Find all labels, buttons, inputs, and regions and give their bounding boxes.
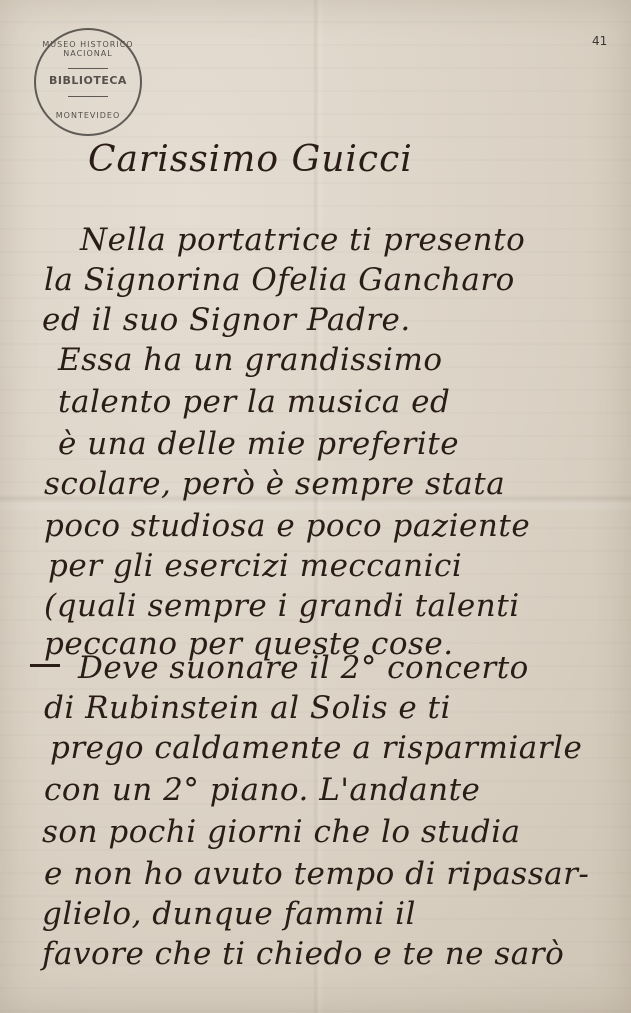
letter-line: con un 2° piano. L'andante [44,772,480,808]
letter-line: per gli esercizi meccanici [48,548,462,584]
letter-line: son pochi giorni che lo studia [42,814,521,850]
dash-mark [30,664,60,667]
letter-line: ed il suo Signor Padre. [42,302,411,338]
letter-line: favore che ti chiedo e te ne sarò [42,936,564,972]
letter-line: talento per la musica ed [58,384,450,420]
letter-line: scolare, però è sempre stata [44,466,505,502]
letter-line: la Signorina Ofelia Gancharo [44,262,515,298]
letter-line: prego caldamente a risparmiarle [50,730,582,766]
stamp-bottom-text: MONTEVIDEO [36,111,140,120]
folio-number: 41 [592,34,607,48]
letter-line: (quali sempre i grandi talenti [44,588,520,624]
letter-line: poco studiosa e poco paziente [44,508,530,544]
letter-line: Essa ha un grandissimo [58,342,443,378]
stamp-rule-bottom [68,96,108,97]
letter-line: Nella portatrice ti presento [80,222,525,258]
letter-line: di Rubinstein al Solis e ti [44,690,451,726]
library-stamp: MUSEO HISTORICO NACIONAL BIBLIOTECA MONT… [34,28,142,136]
stamp-center-text: BIBLIOTECA [36,74,140,87]
letter-line: Deve suonare il 2° concerto [78,650,529,686]
salutation: Carissimo Guicci [88,140,413,180]
stamp-top-text: MUSEO HISTORICO NACIONAL [36,40,140,58]
letter-line: glielo, dunque fammi il [42,896,416,932]
letter-line: e non ho avuto tempo di ripassar- [44,856,589,892]
stamp-rule-top [68,68,108,69]
letter-line: è una delle mie preferite [58,426,459,462]
letter-page: MUSEO HISTORICO NACIONAL BIBLIOTECA MONT… [0,0,631,1013]
